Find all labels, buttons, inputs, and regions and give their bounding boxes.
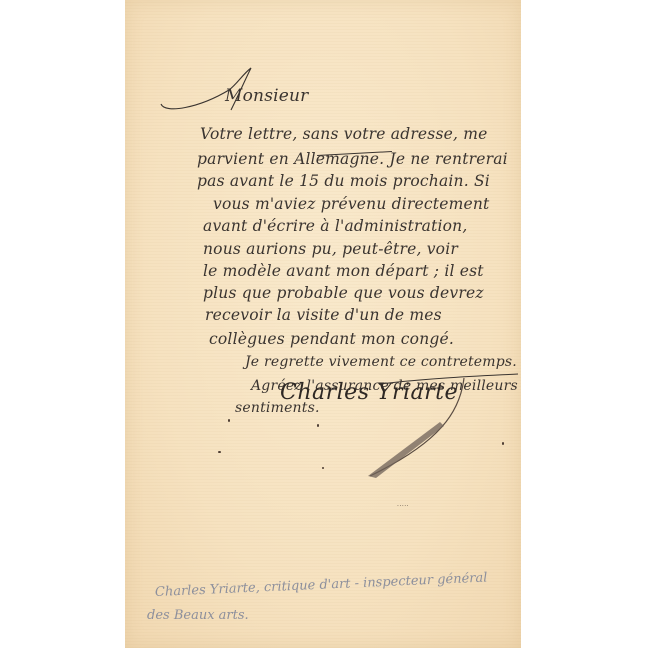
signature-flourish-icon	[340, 372, 520, 482]
body-line-7: le modèle avant mon départ ; il est	[203, 262, 484, 280]
ink-speck	[218, 451, 221, 453]
ink-speck	[228, 419, 230, 422]
body-line-4: vous m'aviez prévenu directement	[213, 195, 489, 213]
letter-paper: Monsieur Votre lettre, sans votre adress…	[125, 0, 521, 648]
small-mark: ·····	[397, 503, 409, 510]
body-line-11: Je regrette vivement ce contretemps.	[245, 354, 517, 370]
archival-annotation-line-2: des Beaux arts.	[147, 608, 249, 623]
body-line-10: collègues pendant mon congé.	[209, 330, 454, 348]
ink-speck	[317, 424, 319, 427]
body-line-5: avant d'écrire à l'administration,	[203, 217, 468, 235]
body-line-1: Votre lettre, sans votre adresse, me	[200, 125, 488, 143]
salutation: Monsieur	[225, 86, 309, 106]
body-line-3: pas avant le 15 du mois prochain. Si	[197, 172, 490, 190]
page-stage: Monsieur Votre lettre, sans votre adress…	[0, 0, 650, 650]
archival-annotation-line-1: Charles Yriarte, critique d'art - inspec…	[155, 570, 488, 599]
ink-speck	[322, 467, 324, 469]
body-line-6: nous aurions pu, peut-être, voir	[203, 240, 458, 258]
body-line-8: plus que probable que vous devrez	[203, 284, 484, 302]
ink-speck	[502, 442, 504, 445]
body-line-9: recevoir la visite d'un de mes	[205, 306, 442, 324]
